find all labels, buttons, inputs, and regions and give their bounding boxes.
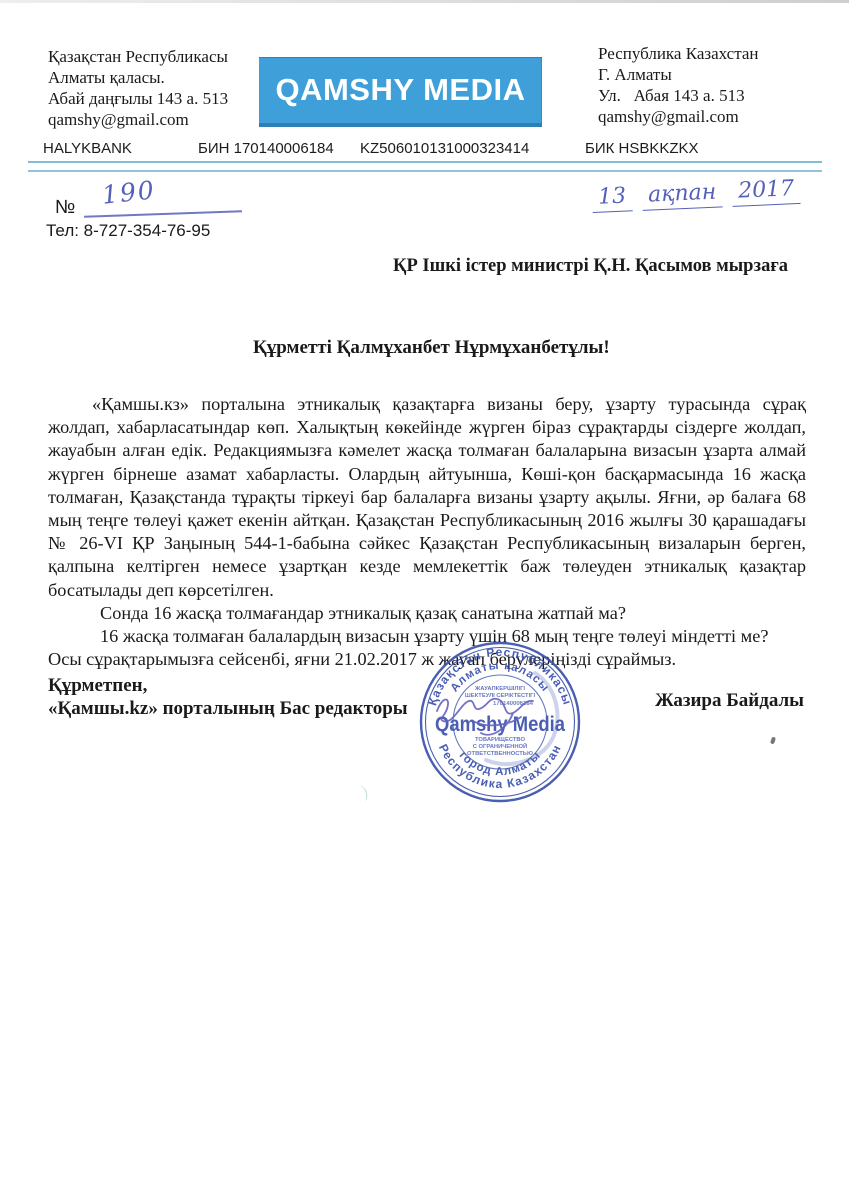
body-paragraph: «Қамшы.кз» порталына этникалық қазақтарғ… — [48, 393, 806, 602]
signoff-regards: Құрметпен, — [48, 674, 408, 697]
bank-name: HALYKBANK — [43, 140, 132, 157]
ref-number-label: № — [55, 197, 75, 219]
header-divider-line-1 — [28, 161, 822, 163]
handwritten-date-year: 2017 — [732, 176, 801, 207]
stamp-llp-russian-line-2: С ОГРАНИЧЕННОЙ — [473, 742, 527, 750]
letterhead-left-city: Алматы қаласы. — [48, 67, 278, 88]
company-logo: QAMSHY MEDIA — [259, 57, 542, 127]
signoff-title: «Қамшы.kz» порталының Бас редакторы — [48, 697, 408, 720]
ink-speck — [770, 737, 776, 745]
header-divider-line-2 — [28, 170, 822, 172]
scan-speck — [354, 785, 368, 803]
ref-number-handwritten: 190 — [101, 175, 157, 209]
bank-bik: БИК HSBKKZKX — [585, 140, 699, 157]
bank-bin: БИН 170140006184 — [198, 140, 334, 157]
stamp-llp-kazakh-line-2: ШЕКТЕУЛІ СЕРІКТЕСТІГІ — [465, 693, 536, 699]
handwritten-date-day: 13 — [592, 183, 633, 213]
scanned-letter-page: Қазақстан Республикасы Алматы қаласы. Аб… — [0, 0, 849, 1200]
letterhead-left-email: qamshy@gmail.com — [48, 109, 278, 130]
stamp-llp-kazakh-line-1: ЖАУАПКЕРШІЛІГІ — [474, 686, 525, 692]
letterhead-right-address: Ул. Абая 143 а. 513 — [598, 85, 828, 106]
letterhead-right-email: qamshy@gmail.com — [598, 106, 828, 127]
bank-iban: KZ506010131000323414 — [360, 140, 529, 157]
addressee-line: ҚР Ішкі істер министрі Қ.Н. Қасымов мырз… — [300, 256, 788, 277]
letterhead-left-country: Қазақстан Республикасы — [48, 46, 278, 67]
letterhead-right-block: Республика Казахстан Г. Алматы Ул. Абая … — [598, 43, 828, 127]
signoff-block: Құрметпен, «Қамшы.kz» порталының Бас ред… — [48, 674, 408, 720]
signatory-name: Жазира Байдалы — [655, 690, 804, 712]
ref-number-underline — [84, 210, 242, 217]
stamp-llp-russian-line-1: ТОВАРИЩЕСТВО — [475, 737, 525, 743]
body-question-1: Сонда 16 жасқа толмағандар этникалық қаз… — [48, 602, 806, 625]
letterhead-right-country: Республика Казахстан — [598, 43, 828, 64]
handwritten-date-month: ақпан — [642, 179, 723, 210]
handwritten-date: 13ақпан2017 — [592, 175, 823, 210]
letterhead-right-city: Г. Алматы — [598, 64, 828, 85]
bank-details-row: HALYKBANK БИН 170140006184 KZ50601013100… — [0, 140, 849, 160]
scan-edge-artifact — [0, 0, 849, 3]
phone-line: Тел: 8-727-354-76-95 — [46, 221, 210, 241]
stamp-llp-russian-line-3: ОТВЕТСТВЕННОСТЬЮ — [467, 751, 533, 757]
letterhead-left-block: Қазақстан Республикасы Алматы қаласы. Аб… — [48, 46, 278, 130]
company-logo-text: QAMSHY MEDIA — [275, 72, 525, 108]
company-round-stamp: Қазақстан Республикасы Алматы қаласы ЖАУ… — [415, 637, 585, 807]
salutation-line: Құрметті Қалмұханбет Нұрмұханбетұлы! — [253, 337, 610, 359]
letterhead-left-address: Абай даңғылы 143 а. 513 — [48, 88, 278, 109]
letter-body: «Қамшы.кз» порталына этникалық қазақтарғ… — [48, 393, 806, 671]
